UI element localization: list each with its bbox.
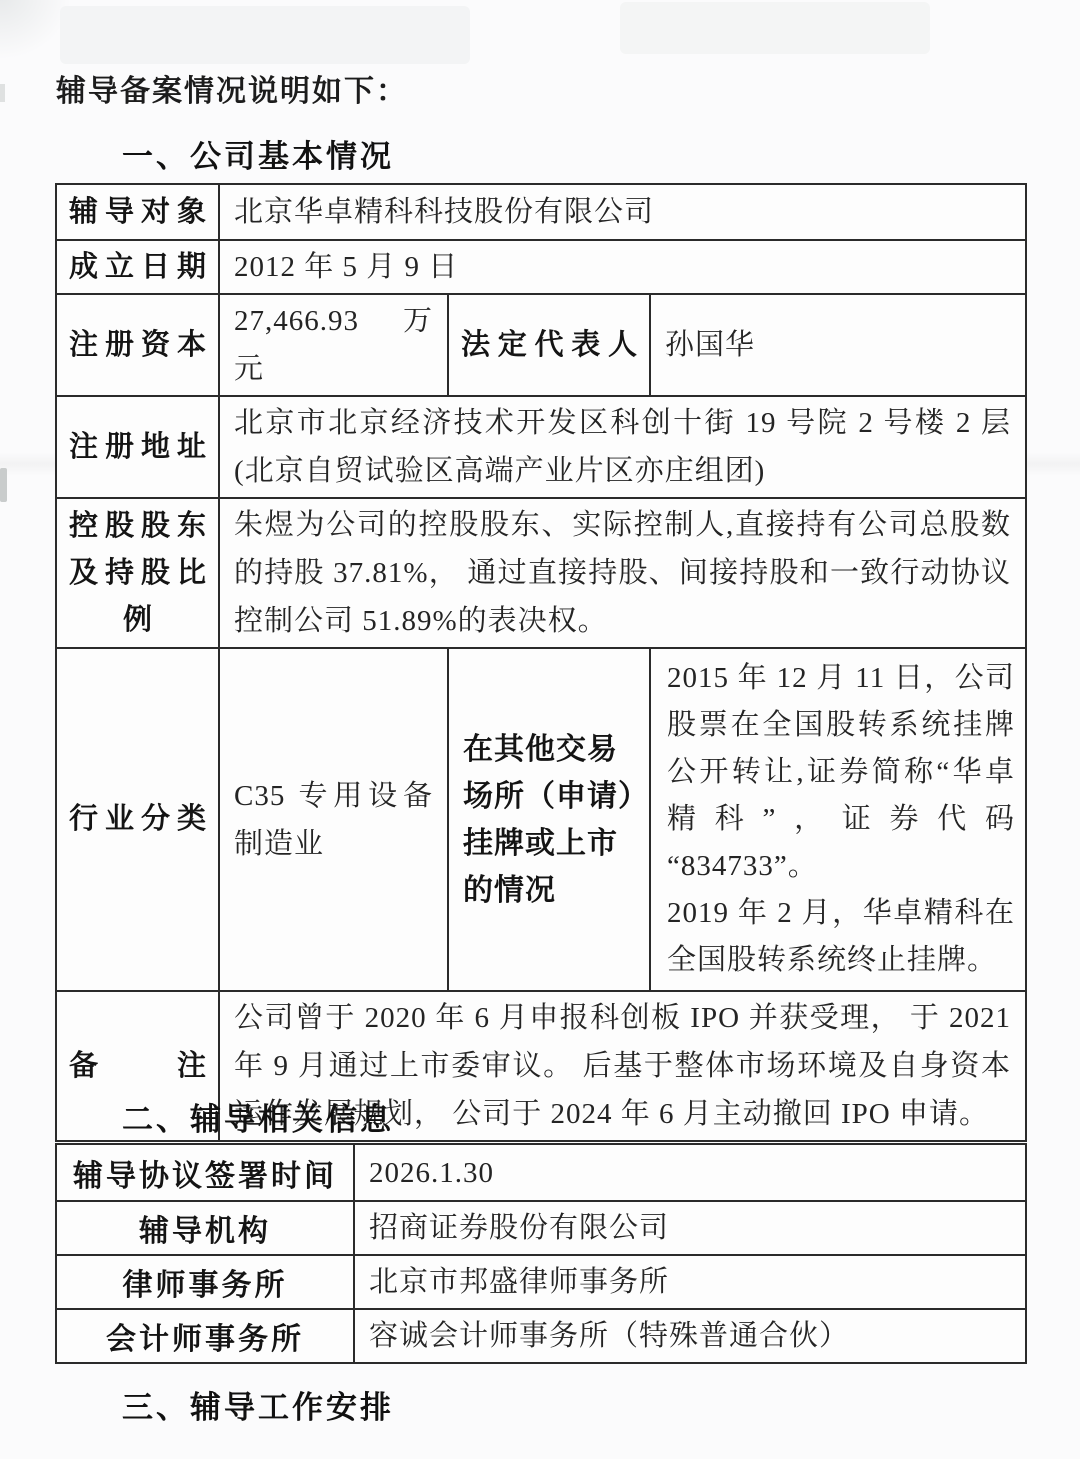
table-row: 注册地址 北京市北京经济技术开发区科创十街 19 号院 2 号楼 2 层(北京自… xyxy=(56,396,1026,498)
listing-history-paragraph-1: 2015 年 12 月 11 日，公司股票在全国股转系统挂牌公开转让,证券简称“… xyxy=(667,655,1015,890)
scan-artifact-band xyxy=(60,6,470,64)
value-establish-date: 2012 年 5 月 9 日 xyxy=(219,240,1026,294)
label-controlling-shareholder: 控股股东及持股比例 xyxy=(56,498,219,648)
table-row: 控股股东及持股比例 朱煜为公司的控股股东、实际控制人,直接持有公司总股数的持股 … xyxy=(56,498,1026,648)
table-row: 成立日期 2012 年 5 月 9 日 xyxy=(56,240,1026,294)
label-industry-classification: 行业分类 xyxy=(56,648,219,991)
table-row: 行业分类 C35 专用设备 制造业 在其他交易 场所（申请） 挂牌或上市 的情况… xyxy=(56,648,1026,991)
value-legal-representative: 孙国华 xyxy=(650,294,1026,396)
value-agreement-sign-date: 2026.1.30 xyxy=(354,1144,1026,1201)
label-law-firm: 律师事务所 xyxy=(56,1255,354,1309)
value-other-market-listing: 2015 年 12 月 11 日，公司股票在全国股转系统挂牌公开转让,证券简称“… xyxy=(650,648,1026,991)
industry-line1: C35 专用设备 xyxy=(234,772,433,820)
scan-artifact-edge-mark xyxy=(0,468,7,502)
table-row: 律师事务所 北京市邦盛律师事务所 xyxy=(56,1255,1026,1309)
value-accounting-firm: 容诚会计师事务所（特殊普通合伙） xyxy=(354,1309,1026,1363)
value-law-firm: 北京市邦盛律师事务所 xyxy=(354,1255,1026,1309)
listing-label-line4: 的情况 xyxy=(463,867,635,914)
section-heading-work-plan: 三、辅导工作安排 xyxy=(122,1382,394,1427)
intro-text: 辅导备案情况说明如下： xyxy=(56,66,408,110)
table-row: 辅导对象 北京华卓精科科技股份有限公司 xyxy=(56,184,1026,240)
label-registered-capital: 注册资本 xyxy=(56,294,219,396)
scan-artifact-band xyxy=(620,2,930,54)
registered-capital-line1: 27,466.93 万 xyxy=(234,297,433,345)
tutoring-related-info-table: 辅导协议签署时间 2026.1.30 辅导机构 招商证券股份有限公司 律师事务所… xyxy=(55,1143,1027,1364)
table-row: 辅导机构 招商证券股份有限公司 xyxy=(56,1201,1026,1255)
section-heading-company-basic: 一、公司基本情况 xyxy=(122,131,394,176)
table-row: 注册资本 27,466.93 万 元 法定代表人 孙国华 xyxy=(56,294,1026,396)
scan-artifact-corner xyxy=(0,0,72,60)
label-registered-address: 注册地址 xyxy=(56,396,219,498)
value-tutoring-institution: 招商证券股份有限公司 xyxy=(354,1201,1026,1255)
document-page: 辅导备案情况说明如下： 一、公司基本情况 辅导对象 北京华卓精科科技股份有限公司… xyxy=(0,0,1080,1459)
table-row: 辅导协议签署时间 2026.1.30 xyxy=(56,1144,1026,1201)
table-row: 会计师事务所 容诚会计师事务所（特殊普通合伙） xyxy=(56,1309,1026,1363)
value-company-name: 北京华卓精科科技股份有限公司 xyxy=(219,184,1026,240)
value-registered-capital: 27,466.93 万 元 xyxy=(219,294,448,396)
label-accounting-firm: 会计师事务所 xyxy=(56,1309,354,1363)
value-controlling-shareholder: 朱煜为公司的控股股东、实际控制人,直接持有公司总股数的持股 37.81%， 通过… xyxy=(219,498,1026,648)
scan-artifact-edge-mark xyxy=(0,84,5,102)
label-agreement-sign-date: 辅导协议签署时间 xyxy=(56,1144,354,1201)
label-legal-representative: 法定代表人 xyxy=(448,294,650,396)
label-other-market-listing: 在其他交易 场所（申请） 挂牌或上市 的情况 xyxy=(448,648,650,991)
label-establish-date: 成立日期 xyxy=(56,240,219,294)
industry-line2: 制造业 xyxy=(234,820,433,868)
value-registered-address: 北京市北京经济技术开发区科创十街 19 号院 2 号楼 2 层(北京自贸试验区高… xyxy=(219,396,1026,498)
section-heading-tutoring-info: 二、辅导相关信息 xyxy=(122,1094,394,1139)
listing-label-line1: 在其他交易 xyxy=(463,726,635,773)
value-industry-classification: C35 专用设备 制造业 xyxy=(219,648,448,991)
label-tutoring-institution: 辅导机构 xyxy=(56,1201,354,1255)
listing-history-paragraph-2: 2019 年 2 月，华卓精科在全国股转系统终止挂牌。 xyxy=(667,890,1015,984)
company-basic-info-table: 辅导对象 北京华卓精科科技股份有限公司 成立日期 2012 年 5 月 9 日 … xyxy=(55,183,1027,1142)
listing-label-line3: 挂牌或上市 xyxy=(463,820,635,867)
listing-label-line2: 场所（申请） xyxy=(463,773,635,820)
registered-capital-line2: 元 xyxy=(234,345,433,393)
label-tutoring-target: 辅导对象 xyxy=(56,184,219,240)
